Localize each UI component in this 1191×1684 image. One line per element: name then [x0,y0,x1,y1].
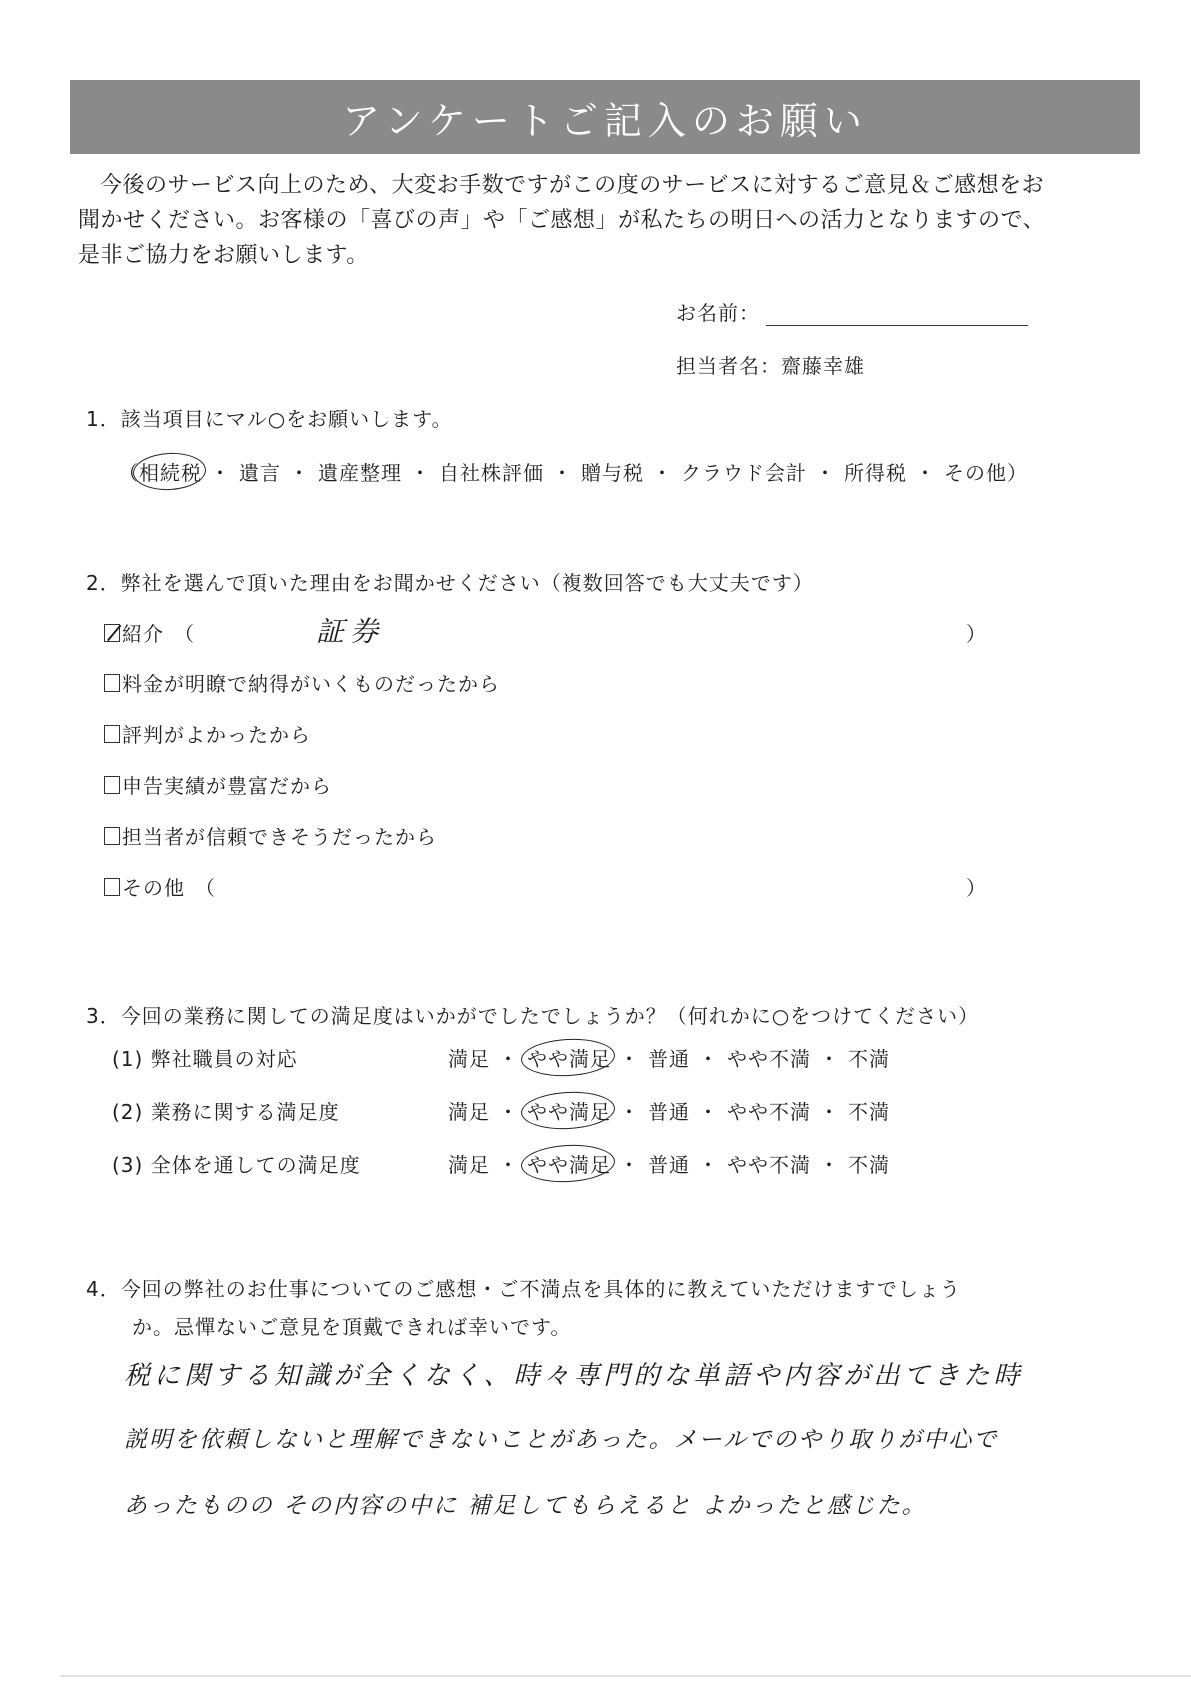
separator: ・ [690,1043,727,1072]
separator: ・ [402,457,439,486]
separator: ・ [611,1149,648,1178]
scale-somewhat-dissatisfied[interactable]: やや不満 [727,1043,811,1072]
question-4-heading: 4．今回の弊社のお仕事についてのご感想・ご不満点を具体的に教えていただけますでし… [86,1270,961,1346]
separator: ・ [202,457,239,486]
separator: ・ [611,1043,648,1072]
checkbox-icon[interactable] [104,674,120,692]
satisfaction-scale: 満足・やや満足・普通・やや不満・不満 [448,1149,890,1178]
scale-somewhat-satisfied[interactable]: やや満足 [527,1096,611,1125]
satisfaction-row-work: (2) 業務に関する満足度 満足・やや満足・普通・やや不満・不満 [112,1096,890,1125]
close-paren: ） [1007,461,1028,485]
scale-satisfied[interactable]: 満足 [448,1043,490,1072]
checklist-item-clear-pricing[interactable]: 料金が明瞭で納得がいくものだったから [104,668,500,697]
staff-name: 齋藤幸雄 [781,354,865,378]
scale-satisfied[interactable]: 満足 [448,1149,490,1178]
separator: ・ [611,1096,648,1125]
checklist-item-label: 担当者が信頼できそうだったから [122,821,437,850]
checklist-item-referral[interactable]: 紹介 （ 証券 ） [104,618,195,647]
question-4-line: か。忌憚ないご意見を頂戴できれば幸いです。 [86,1308,961,1346]
separator: ・ [644,457,681,486]
scale-neutral[interactable]: 普通 [648,1096,690,1125]
satisfaction-row-label: (3) 全体を通しての満足度 [112,1149,448,1178]
checklist-item-label: その他 [122,872,185,901]
name-label: お名前： [676,297,760,326]
satisfaction-row-label: (2) 業務に関する満足度 [112,1096,448,1125]
intro-line: 聞かせください。お客様の「喜びの声」や「ご感想」が私たちの明日への活力となります… [78,203,1128,238]
comment-line: あったものの その内容の中に 補足してもらえると よかったと感じた。 [124,1487,1084,1553]
scale-somewhat-dissatisfied[interactable]: やや不満 [727,1149,811,1178]
scale-dissatisfied[interactable]: 不満 [848,1149,890,1178]
comment-line: 税に関する知識が全くなく、時々専門的な単語や内容が出てきた時 [124,1355,1084,1421]
intro-line: 是非ご協力をお願いします。 [78,238,1128,273]
satisfaction-row-label: (1) 弊社職員の対応 [112,1043,448,1072]
close-paren: ） [966,618,987,647]
satisfaction-scale: 満足・やや満足・普通・やや不満・不満 [448,1096,890,1125]
separator: ・ [281,457,318,486]
name-field-row: お名前： [676,297,1028,326]
intro-line: 今後のサービス向上のため、大変お手数ですがこの度のサービスに対するご意見＆ご感想… [78,168,1128,203]
scale-somewhat-satisfied[interactable]: やや満足 [527,1043,611,1072]
checklist-item-label: 評判がよかったから [122,719,311,748]
option-stock-valuation[interactable]: 自社株評価 [439,457,544,486]
option-gift-tax[interactable]: 贈与税 [581,457,644,486]
name-input-line[interactable] [766,304,1028,326]
satisfaction-scale: 満足・やや満足・普通・やや不満・不満 [448,1043,890,1072]
checkbox-icon[interactable] [104,776,120,794]
checklist-item-label: 料金が明瞭で納得がいくものだったから [122,668,500,697]
page-title: アンケートご記入のお願い [342,90,868,145]
separator: ・ [907,457,944,486]
scale-somewhat-satisfied[interactable]: やや満足 [527,1149,611,1178]
open-paren: （ [195,872,216,901]
scale-somewhat-dissatisfied[interactable]: やや不満 [727,1096,811,1125]
checklist-item-reputation[interactable]: 評判がよかったから [104,719,311,748]
open-paren: （ [174,618,195,647]
option-inheritance-tax[interactable]: 相続税 [139,457,202,486]
checkbox-icon[interactable] [104,878,120,896]
close-paren: ） [966,872,987,901]
option-income-tax[interactable]: 所得税 [844,457,907,486]
question-3-heading: 3．今回の業務に関しての満足度はいかがでしたでしょうか？（何れかに○をつけてくだ… [86,1000,979,1029]
scale-dissatisfied[interactable]: 不満 [848,1096,890,1125]
question-1-heading: 1．該当項目にマル○をお願いします。 [86,403,453,432]
page-edge-line [60,1675,1191,1677]
separator: ・ [807,457,844,486]
handwritten-comments[interactable]: 税に関する知識が全くなく、時々専門的な単語や内容が出てきた時 説明を依頼しないと… [124,1355,1084,1553]
satisfaction-row-staff: (1) 弊社職員の対応 満足・やや満足・普通・やや不満・不満 [112,1043,890,1072]
checklist-item-track-record[interactable]: 申告実績が豊富だから [104,770,332,799]
comment-line: 説明を依頼しないと理解できないことがあった。メールでのやり取りが中心で [124,1421,1084,1487]
separator: ・ [811,1149,848,1178]
question-2-heading: 2．弊社を選んで頂いた理由をお聞かせください（複数回答でも大丈夫です） [86,567,814,596]
survey-page: アンケートご記入のお願い 今後のサービス向上のため、大変お手数ですがこの度のサー… [0,0,1191,1684]
staff-field-row: 担当者名：齋藤幸雄 [676,350,865,379]
separator: ・ [544,457,581,486]
referral-source-handwritten: 証券 [316,610,384,650]
scale-satisfied[interactable]: 満足 [448,1096,490,1125]
satisfaction-row-overall: (3) 全体を通しての満足度 満足・やや満足・普通・やや不満・不満 [112,1149,890,1178]
checklist-item-label: 申告実績が豊富だから [122,770,332,799]
title-banner: アンケートご記入のお願い [70,80,1140,154]
separator: ・ [811,1043,848,1072]
option-estate-settlement[interactable]: 遺産整理 [318,457,402,486]
checklist-item-trustworthy-staff[interactable]: 担当者が信頼できそうだったから [104,821,437,850]
question-1-options: （相続税・遺言・遺産整理・自社株評価・贈与税・クラウド会計・所得税・その他） [118,457,1028,486]
checkbox-icon[interactable] [104,827,120,845]
checkbox-checked-icon[interactable] [104,624,120,642]
option-other[interactable]: その他 [944,457,1007,486]
intro-paragraph: 今後のサービス向上のため、大変お手数ですがこの度のサービスに対するご意見＆ご感想… [78,168,1128,273]
separator: ・ [690,1096,727,1125]
separator: ・ [811,1096,848,1125]
staff-label: 担当者名： [676,354,781,378]
option-cloud-accounting[interactable]: クラウド会計 [681,457,807,486]
scale-neutral[interactable]: 普通 [648,1043,690,1072]
checkbox-icon[interactable] [104,725,120,743]
question-4-line: 4．今回の弊社のお仕事についてのご感想・ご不満点を具体的に教えていただけますでし… [86,1277,961,1301]
checklist-item-other[interactable]: その他 （ ） [104,872,216,901]
scale-dissatisfied[interactable]: 不満 [848,1043,890,1072]
option-will[interactable]: 遺言 [239,457,281,486]
scale-neutral[interactable]: 普通 [648,1149,690,1178]
separator: ・ [690,1149,727,1178]
checklist-item-label: 紹介 [122,618,164,647]
